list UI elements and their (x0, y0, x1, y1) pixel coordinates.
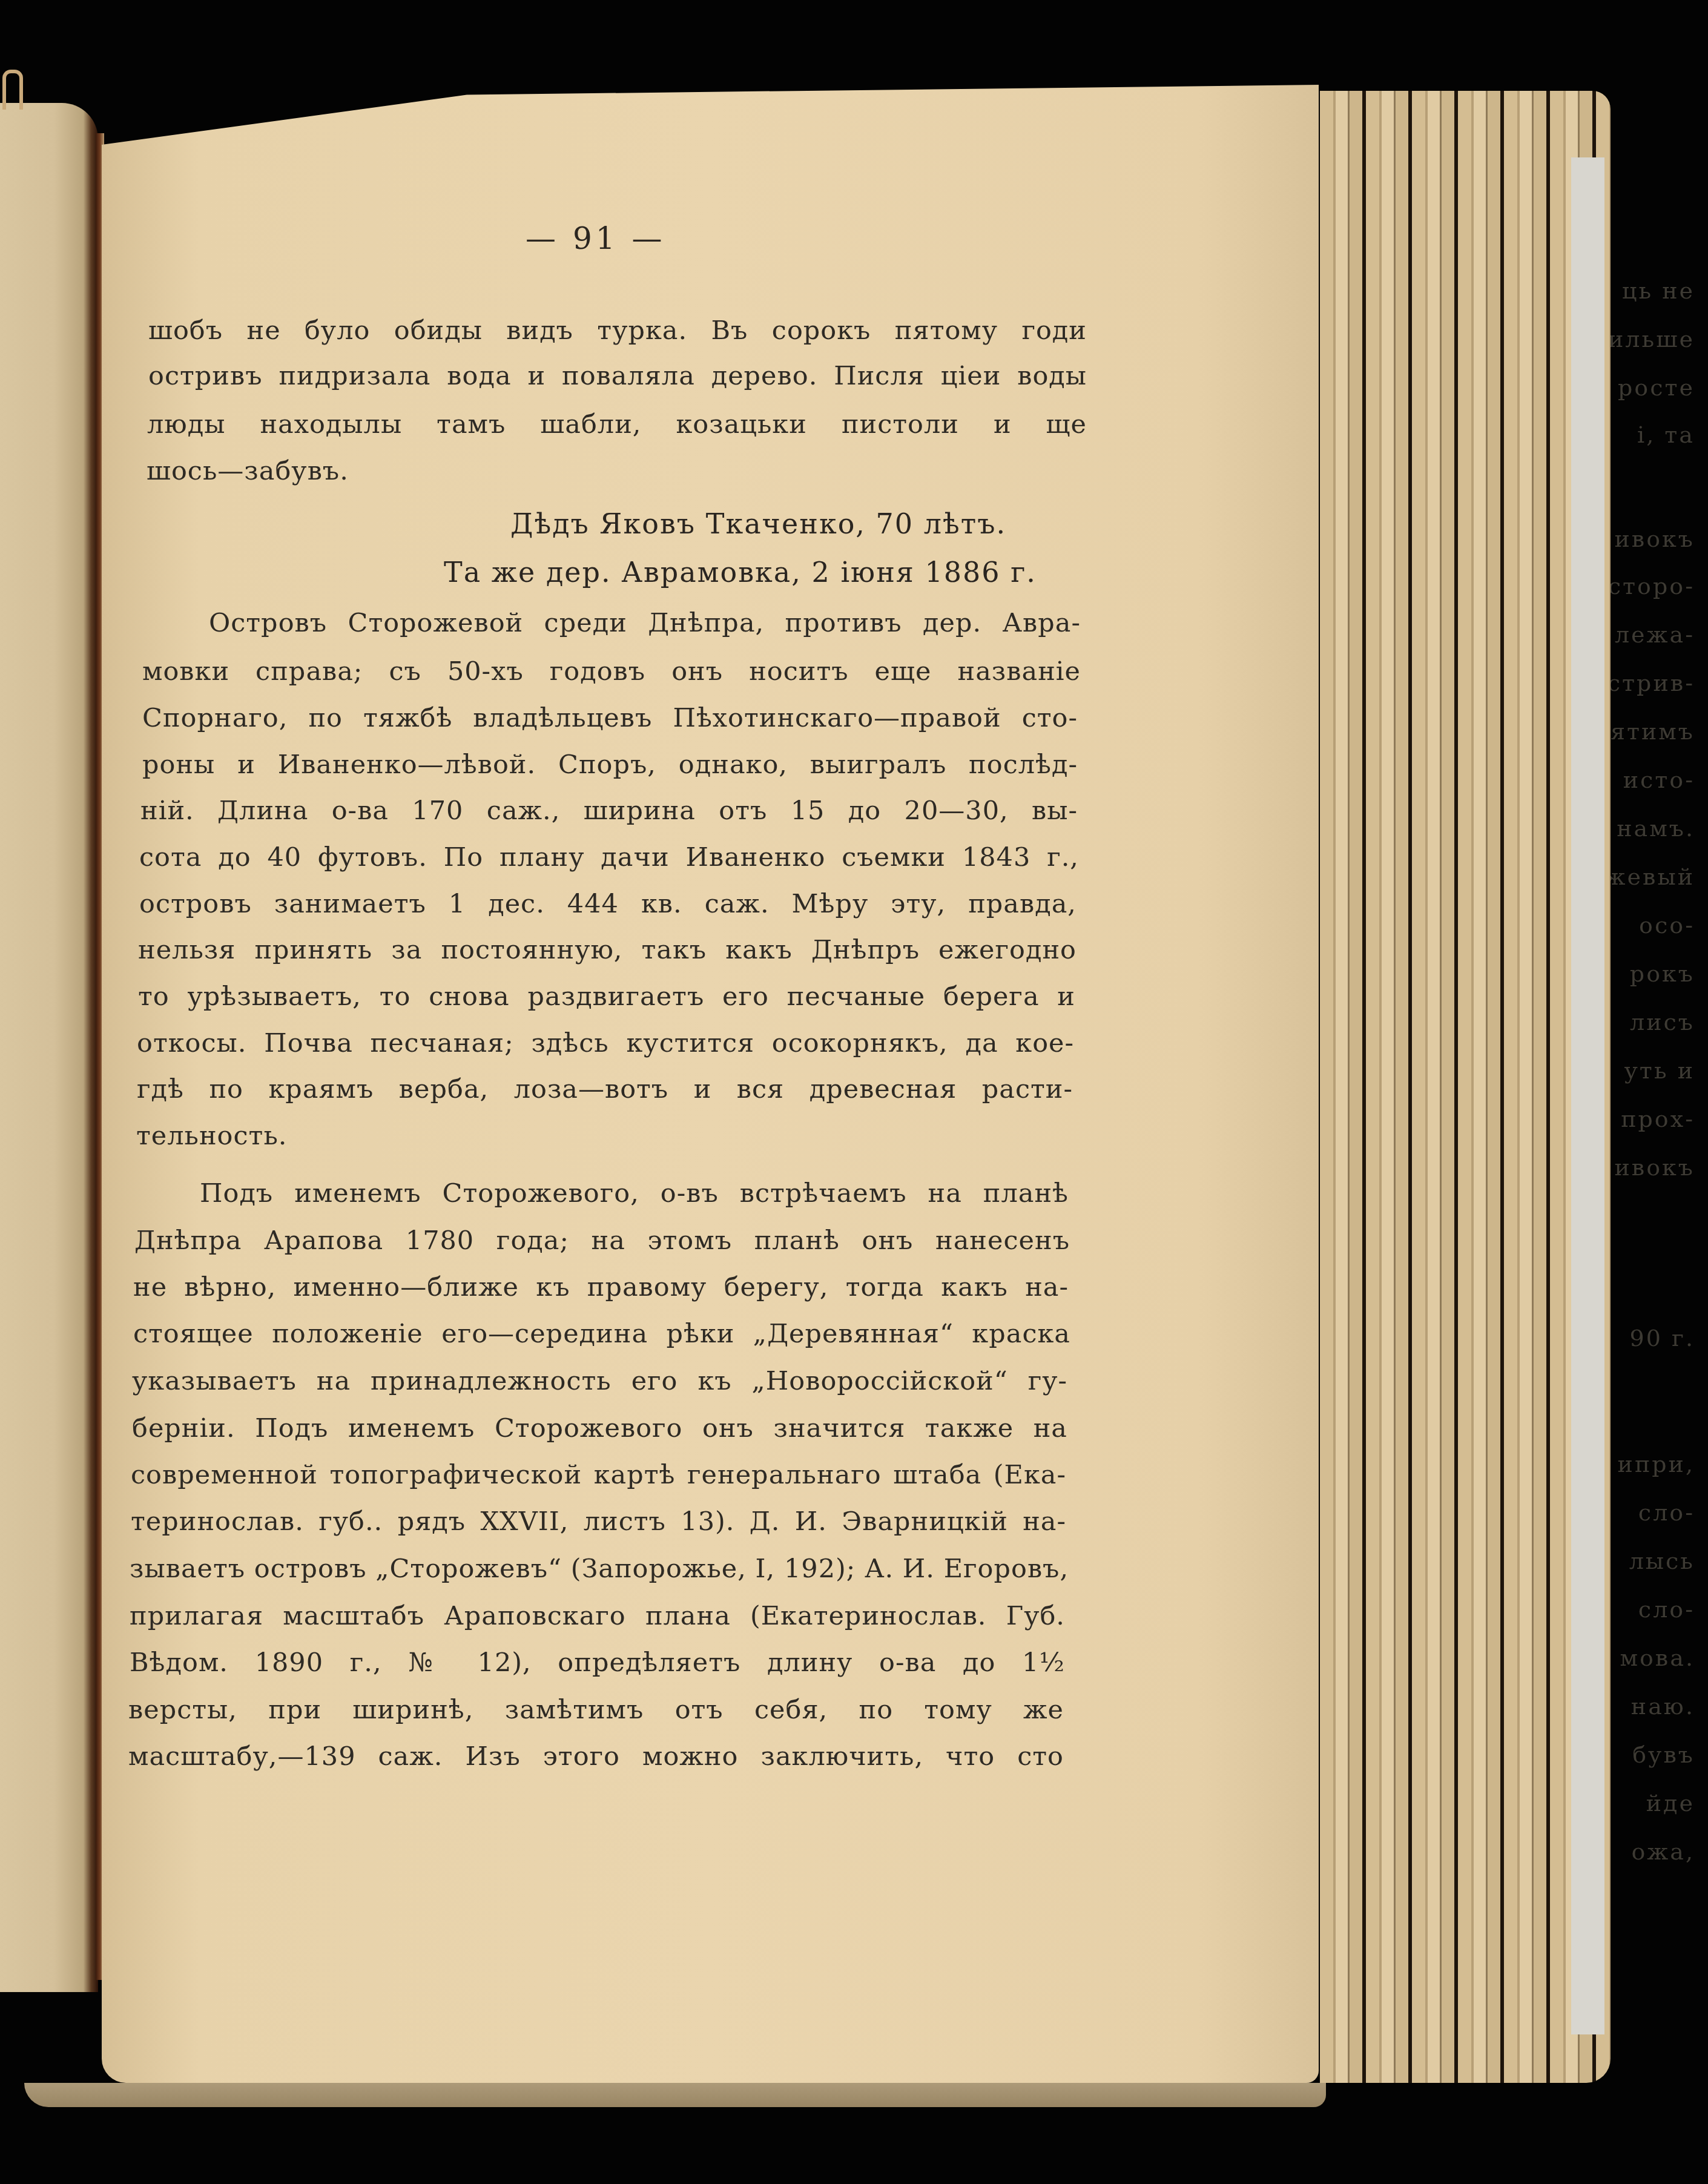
text-line: гдѣ по краямъ верба, лоза—вотъ и вся дре… (137, 1077, 1073, 1103)
text-line: ній. Длина о-ва 170 саж., ширина отъ 15 … (140, 798, 1078, 824)
endpaper-edge (1571, 157, 1604, 2034)
text-line: то урѣзываетъ, то снова раздвигаетъ его … (138, 984, 1075, 1010)
text-line: берніи. Подъ именемъ Сторожевого онъ зна… (132, 1416, 1067, 1442)
text-line: масштабу,—139 саж. Изъ этого можно заклю… (128, 1744, 1064, 1770)
text-line: шось—забувъ. (147, 458, 1086, 484)
text-line: люды находылы тамъ шабли, козацьки писто… (147, 412, 1087, 438)
text-line: островъ занимаетъ 1 дес. 444 кв. саж. Мѣ… (139, 891, 1077, 917)
bookmark-ribbon (2, 70, 23, 110)
text-line: стоящее положеніе его—середина рѣки „Дер… (133, 1321, 1070, 1347)
text-line: роны и Иваненко—лѣвой. Споръ, однако, вы… (142, 752, 1078, 778)
text-line: указываетъ на принадлежность его къ „Нов… (132, 1368, 1067, 1394)
text-line: прилагая масштабъ Араповскаго плана (Ека… (130, 1603, 1065, 1629)
text-line: Подъ именемъ Сторожевого, о-въ встрѣчаем… (200, 1181, 1069, 1207)
text-line: версты, при ширинѣ, замѣтимъ отъ себя, п… (128, 1697, 1064, 1723)
text-line: не вѣрно, именно—ближе къ правому берегу… (133, 1275, 1069, 1301)
text-line: Вѣдом. 1890 г., № 12), опредѣляетъ длину… (130, 1650, 1065, 1676)
text-line: сота до 40 футовъ. По плану дачи Иваненк… (139, 845, 1079, 871)
text-line: зываетъ островъ „Сторожевъ“ (Запорожье, … (130, 1556, 1065, 1582)
text-line: тельность. (136, 1123, 1072, 1149)
signature-author: Дѣдъ Яковъ Ткаченко, 70 лѣтъ. (510, 507, 1006, 540)
text-line: нельзя принять за постоянную, такъ какъ … (138, 937, 1077, 963)
page-fore-edge (1320, 91, 1611, 2083)
text-line: Спорнаго, по тяжбѣ владѣльцевъ Пѣхотинск… (142, 705, 1078, 731)
text-line: Островъ Сторожевой среди Днѣпра, противъ… (209, 610, 1081, 636)
text-line: откосы. Почва песчаная; здѣсь кустится о… (137, 1031, 1074, 1057)
signature-place-date: Та же дер. Аврамовка, 2 іюня 1886 г. (444, 556, 1037, 589)
left-facing-page (0, 103, 98, 1992)
text-line: шобъ не було обиды видъ турка. Въ сорокъ… (148, 318, 1087, 344)
text-line: современной топографической картѣ генера… (131, 1462, 1066, 1488)
text-line: мовки справа; съ 50-хъ годовъ онъ носитъ… (142, 659, 1081, 685)
text-line: остривъ пидризала вода и поваляла дерево… (148, 363, 1087, 389)
page-number: — 91 — (526, 221, 665, 256)
text-line: теринослав. губ.. рядъ XXVII, листъ 13).… (131, 1509, 1066, 1535)
text-line: Днѣпра Арапова 1780 года; на этомъ планѣ… (134, 1228, 1070, 1254)
page-bottom-edge (24, 2083, 1326, 2107)
